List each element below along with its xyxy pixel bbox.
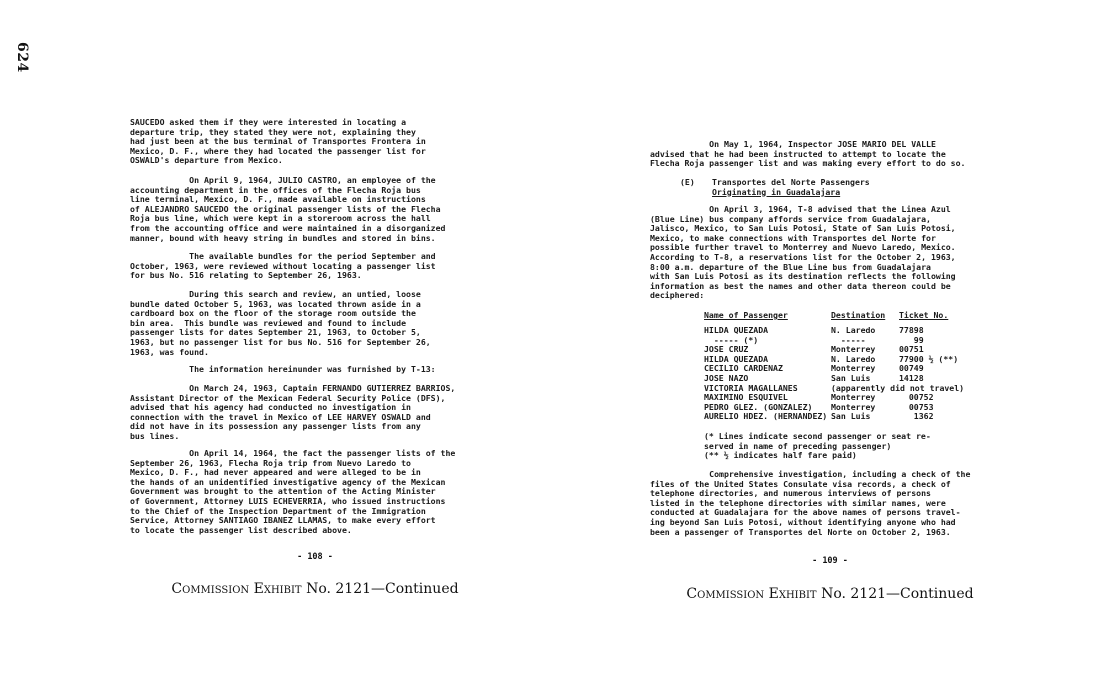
- paragraph-del-valle: On May 1, 1964, Inspector JOSE MARIO DEL…: [650, 140, 965, 169]
- section-marker: (E): [680, 178, 708, 188]
- section-title-line2: Originating in Guadalajara: [712, 188, 870, 198]
- paragraph-echeverria: On April 14, 1964, the fact the passenge…: [130, 449, 455, 535]
- exhibit-caption-suffix: No. 2121—Continued: [306, 581, 459, 597]
- exhibit-caption-prefix: Commission Exhibit: [171, 581, 301, 597]
- exhibit-caption: Commission Exhibit No. 2121—Continued: [130, 581, 500, 597]
- paragraph-t8: On April 3, 1964, T-8 advised that the L…: [650, 205, 956, 301]
- exhibit-caption-prefix: Commission Exhibit: [686, 586, 816, 602]
- passenger-ticket: 1362: [899, 412, 1009, 422]
- paragraph-t13-intro: The information hereinunder was furnishe…: [130, 365, 436, 375]
- paragraph-saucedo: SAUCEDO asked them if they were interest…: [130, 118, 426, 166]
- page-number: - 109 -: [650, 556, 1010, 566]
- paragraph-comprehensive: Comprehensive investigation, including a…: [650, 470, 970, 537]
- paragraph-search-review: During this search and review, an untied…: [130, 290, 431, 357]
- exhibit-caption-suffix: No. 2121—Continued: [821, 586, 974, 602]
- column-header-destination: Destination: [831, 310, 899, 326]
- table-footnotes: (* Lines indicate second passenger or se…: [704, 432, 931, 461]
- paragraph-julio-castro: On April 9, 1964, JULIO CASTRO, an emplo…: [130, 176, 445, 243]
- table-header-row: Name of Passenger Destination Ticket No.: [704, 310, 1009, 326]
- passenger-destination: San Luis: [831, 412, 899, 422]
- paragraph-available-bundles: The available bundles for the period Sep…: [130, 252, 436, 281]
- passenger-name: AURELIO HDEZ. (HERNANDEZ): [704, 412, 831, 422]
- column-header-name: Name of Passenger: [704, 310, 831, 326]
- paragraph-gutierrez-barrios: On March 24, 1963, Captain FERNANDO GUTI…: [130, 384, 455, 442]
- exhibit-caption: Commission Exhibit No. 2121—Continued: [650, 586, 1010, 602]
- column-header-ticket: Ticket No.: [899, 310, 1009, 326]
- table-row: AURELIO HDEZ. (HERNANDEZ) San Luis 1362: [704, 412, 1009, 422]
- page-number: - 108 -: [130, 552, 500, 562]
- volume-page-number: 624: [14, 42, 30, 73]
- passenger-table: Name of Passenger Destination Ticket No.…: [704, 310, 1009, 422]
- section-heading: (E) Transportes del Norte Passengers Ori…: [680, 178, 870, 197]
